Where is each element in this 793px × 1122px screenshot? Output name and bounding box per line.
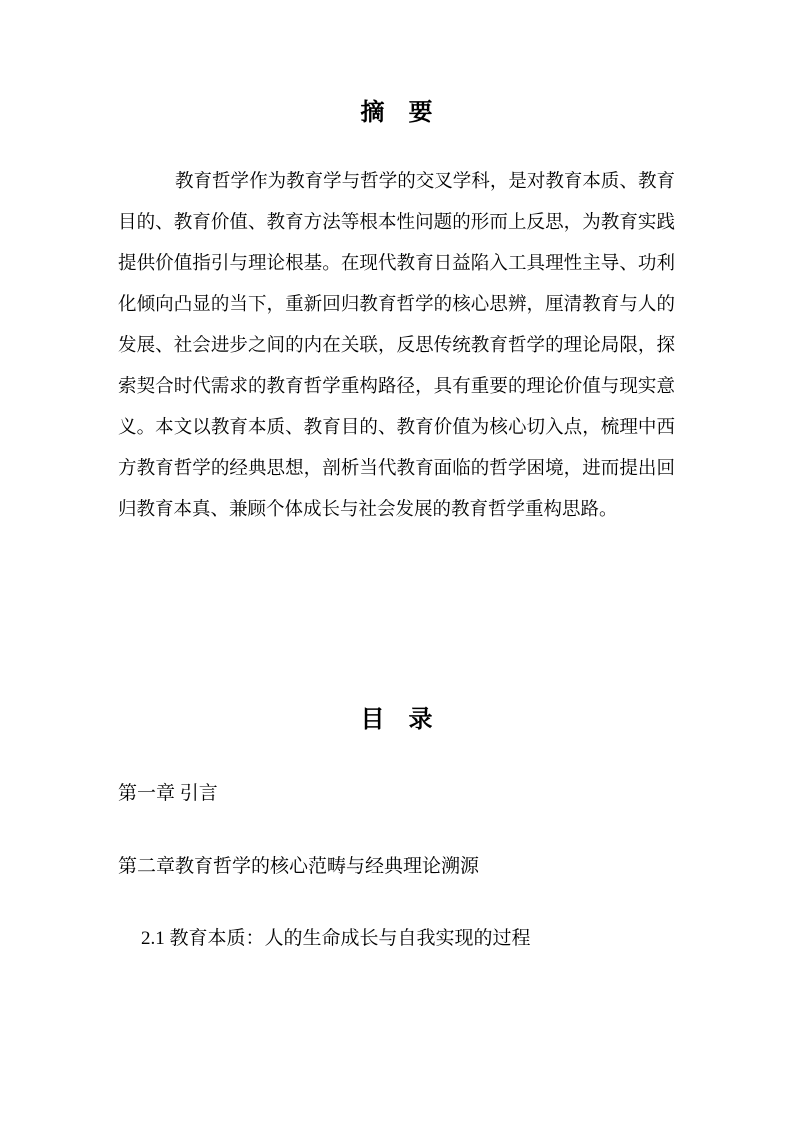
toc-entry-chapter-1: 第一章 引言: [118, 779, 718, 809]
abstract-paragraph: 教育哲学作为教育学与哲学的交叉学科，是对教育本质、教育 目的、教育价值、教育方法…: [118, 162, 675, 531]
abstract-line: 目的、教育价值、教育方法等根本性问题的形而上反思，为教育实践: [118, 203, 675, 244]
toc-entry-section-2-1: 2.1 教育本质：人的生命成长与自我实现的过程: [141, 924, 741, 954]
abstract-line: 化倾向凸显的当下，重新回归教育哲学的核心思辨，厘清教育与人的: [118, 285, 675, 326]
document-page: 摘 要 教育哲学作为教育学与哲学的交叉学科，是对教育本质、教育 目的、教育价值、…: [0, 0, 793, 1122]
abstract-line: 方教育哲学的经典思想，剖析当代教育面临的哲学困境，进而提出回: [118, 449, 675, 490]
abstract-line: 提供价值指引与理论根基。在现代教育日益陷入工具理性主导、功利: [118, 244, 675, 285]
toc-title: 目 录: [0, 705, 793, 735]
abstract-line: 发展、社会进步之间的内在关联，反思传统教育哲学的理论局限，探: [118, 326, 675, 367]
toc-entry-chapter-2: 第二章教育哲学的核心范畴与经典理论溯源: [118, 852, 718, 882]
abstract-title: 摘 要: [0, 98, 793, 128]
abstract-line: 索契合时代需求的教育哲学重构路径，具有重要的理论价值与现实意: [118, 367, 675, 408]
abstract-line: 教育哲学作为教育学与哲学的交叉学科，是对教育本质、教育: [118, 162, 675, 203]
abstract-line: 归教育本真、兼顾个体成长与社会发展的教育哲学重构思路。: [118, 490, 675, 531]
abstract-line: 义。本文以教育本质、教育目的、教育价值为核心切入点，梳理中西: [118, 408, 675, 449]
